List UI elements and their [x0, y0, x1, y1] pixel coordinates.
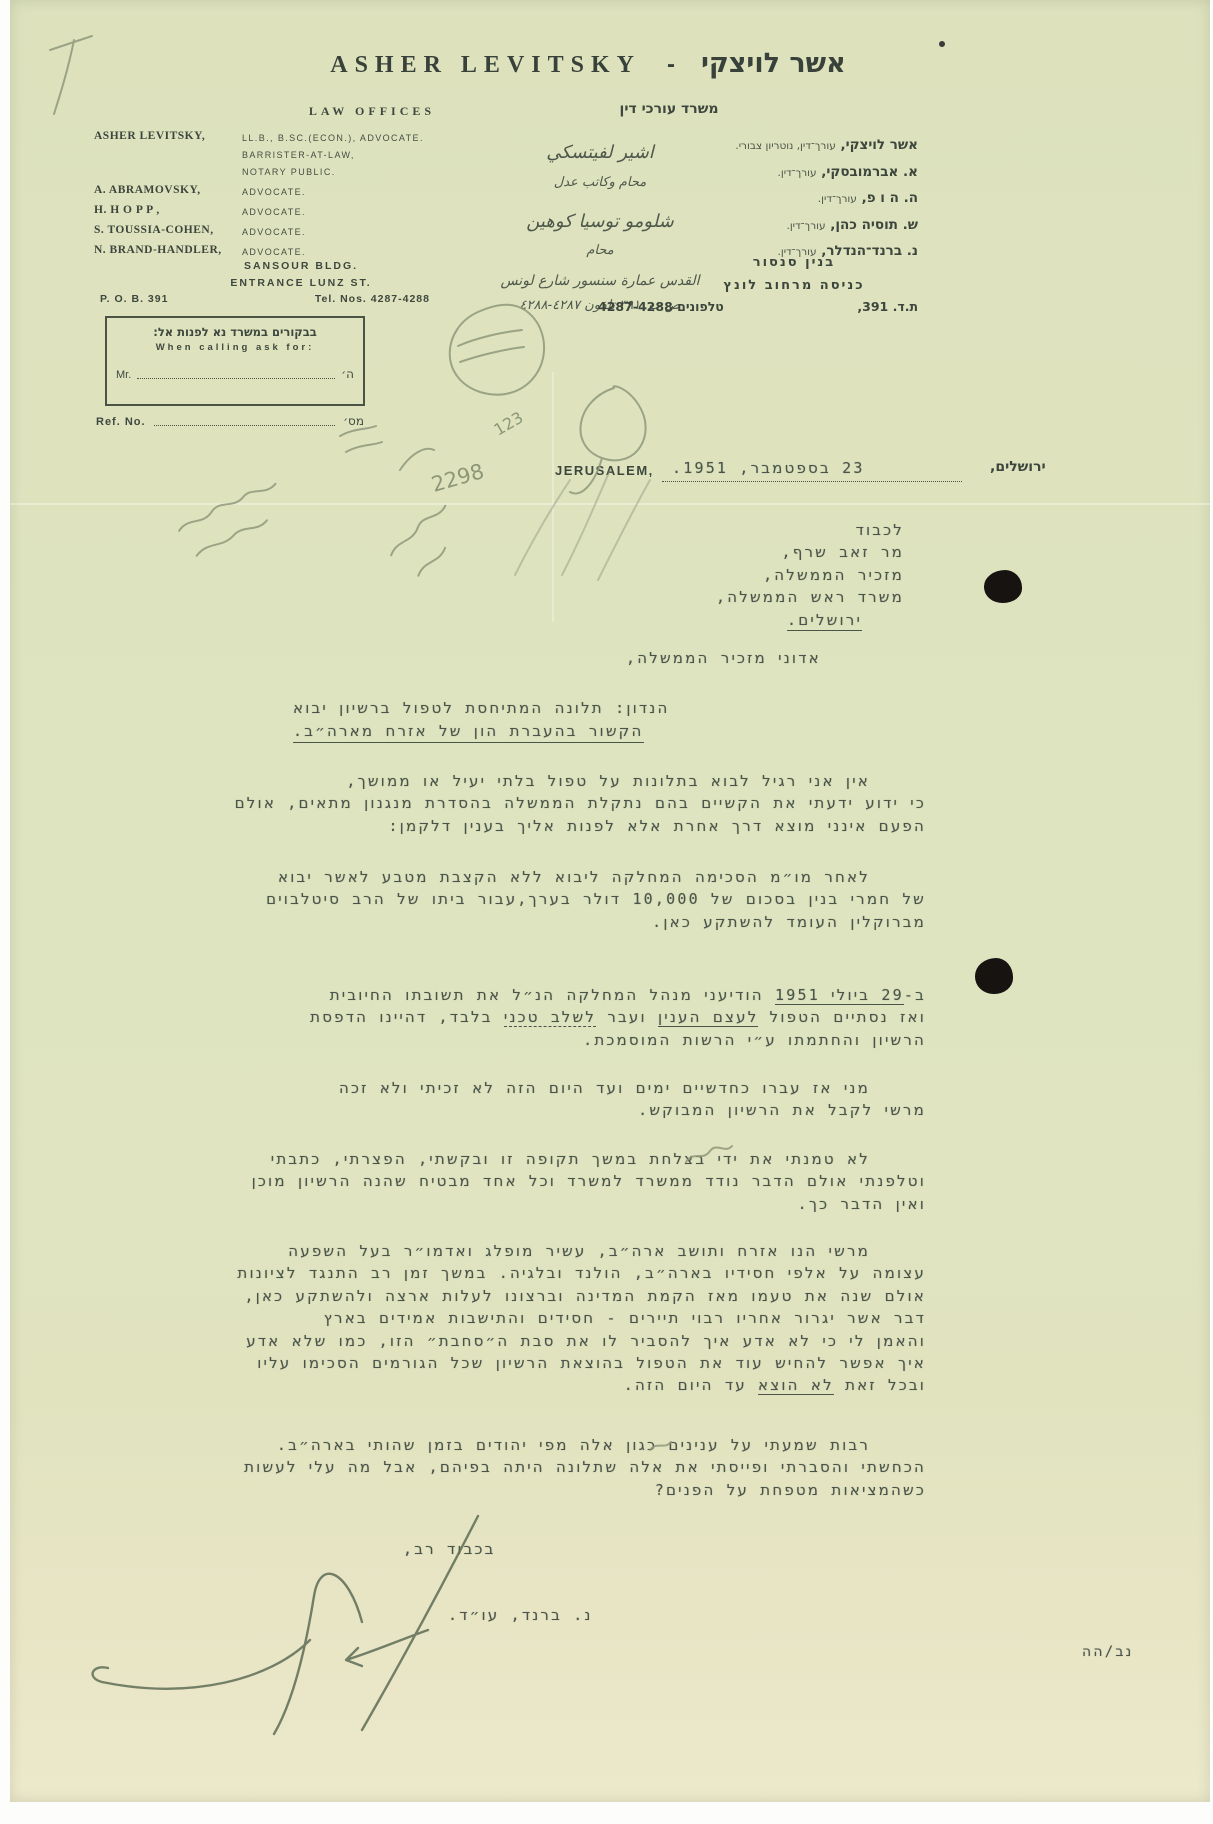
- typed-line: מני אז עברו כחדשיים ימים ועד היום הזה לא…: [102, 1077, 926, 1099]
- recipient-address-line: מר זאב שרף,: [716, 541, 904, 563]
- typed-line: ב-29 ביולי 1951 הודיעני מנהל המחלקה הנ״ל…: [102, 984, 926, 1006]
- typed-line: לאחר מו״מ הסכימה המחלקה ליבוא ללא הקצבת …: [102, 866, 926, 888]
- lawyer-entry-hebrew: ש. תוסיה כהן, עורך־דין.: [578, 212, 918, 239]
- typed-line: וטלפנתי אולם הדבר נודד ממשרד למשרד וכל א…: [102, 1170, 926, 1192]
- date-blank-line: [662, 481, 962, 482]
- subject-line-2: הקשור בהעברת הון של אזרח מארה״ב.: [293, 722, 644, 743]
- pencil-number: 2298: [429, 459, 487, 497]
- address-line: SANSOUR BLDG.: [206, 258, 396, 275]
- body-paragraph: מרשי הנו אזרח ותושב ארה״ב, עשיר מופלג וא…: [102, 1240, 926, 1397]
- lawyer-entry-english: H. H O P P ,ADVOCATE.: [94, 204, 434, 221]
- lawyer-entry-hebrew: ה. ה ו פ, עורך־דין.: [578, 185, 918, 212]
- typed-line: מרשי הנו אזרח ותושב ארה״ב, עשיר מופלג וא…: [102, 1240, 926, 1262]
- lawyer-name: ASHER LEVITSKY,: [94, 130, 242, 142]
- lawyer-title: ADVOCATE.: [242, 224, 306, 241]
- office-address-english: SANSOUR BLDG.ENTRANCE LUNZ ST.: [206, 258, 396, 292]
- letterhead-title: ASHER LEVITSKY - אשר לויצקי: [0, 48, 1188, 79]
- office-address-hebrew: בנין סנסורכניסה מרחוב לונץ: [694, 251, 894, 297]
- lawyer-role: עורך־דין.: [778, 167, 817, 179]
- typed-line: הפעם אינני מוצא דרך אחרת אלא לפנות אליך …: [102, 815, 926, 837]
- body-paragraph: לא טמנתי את ידי בצלחת במשך תקופה זו ובקש…: [102, 1148, 926, 1215]
- pob-hebrew: ת.ד. 391,: [857, 299, 918, 314]
- lawyer-role: עורך־דין.: [818, 193, 857, 205]
- recipient-address-block: לכבודמר זאב שרף,מזכיר הממשלה,משרד ראש המ…: [716, 519, 904, 631]
- lawyer-titles: LL.B., B.SC.(ECON.), ADVOCATE.BARRISTER-…: [242, 130, 424, 181]
- typist-initials: נב/הה: [1082, 1644, 1133, 1660]
- lawyer-titles: ADVOCATE.: [242, 184, 306, 201]
- subject-line-1: הנדון: תלונה המתיחסת לטפול ברשיון יבוא: [293, 699, 670, 717]
- lawyer-name: א. אברמובסקי,: [817, 164, 918, 180]
- typed-line: איך אפשר להחיש עוד את הטפול בהוצאת הרשיו…: [102, 1352, 926, 1374]
- pencil-number: 123: [491, 408, 527, 440]
- lawyer-title: NOTARY PUBLIC.: [242, 164, 424, 181]
- law-offices-label-hebrew: משרד עורכי דין: [604, 101, 734, 117]
- firm-name-english: ASHER LEVITSKY: [330, 52, 641, 79]
- typed-line: מרשי לקבל את הרשיון המבוקש.: [102, 1099, 926, 1121]
- pob-english: P. O. B. 391: [100, 293, 168, 305]
- recipient-address-line: ירושלים.: [716, 609, 904, 631]
- typed-line: אולם שנה את טעמו מאז הקמת המדינה וברצונו…: [102, 1285, 926, 1307]
- body-paragraph: מני אז עברו כחדשיים ימים ועד היום הזה לא…: [102, 1077, 926, 1122]
- lawyer-role: עורך־דין.: [786, 220, 825, 232]
- lawyer-entry-english: A. ABRAMOVSKY,ADVOCATE.: [94, 184, 434, 201]
- name-blank-line: [137, 378, 335, 379]
- signatory-name: נ. ברנד, עו״ד.: [448, 1606, 593, 1624]
- when-calling-hebrew: בבקורים במשרד נא לפנות אל:: [116, 325, 354, 339]
- lawyer-entry-english: S. TOUSSIA-COHEN,ADVOCATE.: [94, 224, 434, 241]
- reference-number-line: Ref. No. מס׳: [96, 414, 364, 428]
- typed-line: דבר אשר יגרור אחריו רבוי תיירים - חסידים…: [102, 1307, 926, 1329]
- underlined-phrase: 29 ביולי 1951: [775, 986, 904, 1005]
- letter-paper: ASHER LEVITSKY - אשר לויצקי LAW OFFICES …: [10, 0, 1210, 1802]
- small-dot-mark: [939, 41, 945, 47]
- pencil-scribble: [515, 470, 650, 580]
- jerusalem-label-english: JERUSALEM,: [555, 463, 654, 478]
- typed-line: ואין הדבר כך.: [102, 1193, 926, 1215]
- underlined-phrase: לשלב טכני: [504, 1008, 596, 1027]
- pencil-scribble: [340, 426, 434, 470]
- ref-blank-line: [154, 425, 336, 426]
- typed-line: עצומה על אלפי חסידיו בארה״ב, הולנד ובלגי…: [102, 1262, 926, 1284]
- lawyers-list-english: ASHER LEVITSKY,LL.B., B.SC.(ECON.), ADVO…: [94, 130, 434, 264]
- ink-blot: [975, 958, 1013, 994]
- hebrew-mr-label: ה׳: [341, 367, 354, 381]
- lawyer-name: אשר לויצקי,: [836, 137, 918, 153]
- lawyer-title: ADVOCATE.: [242, 204, 306, 221]
- lawyer-titles: ADVOCATE.: [242, 224, 306, 241]
- pencil-scribble: [174, 484, 287, 558]
- lawyer-entry-hebrew: א. אברמובסקי, עורך־דין.: [578, 159, 918, 186]
- typed-line: מברוקלין העומד להשתקע כאן.: [102, 911, 926, 933]
- typed-line: אין אני רגיל לבוא בתלונות על טפול בלתי י…: [102, 770, 926, 792]
- typed-line: והאמן לי כי לא אדע איך להסביר לו את סבת …: [102, 1330, 926, 1352]
- body-paragraph: רבות שמעתי על ענינים כגון אלה מפי יהודים…: [102, 1434, 926, 1501]
- address-line: כניסה מרחוב לונץ: [694, 274, 894, 297]
- underlined-city: ירושלים.: [787, 612, 862, 631]
- lawyer-name: A. ABRAMOVSKY,: [94, 184, 242, 196]
- law-offices-label: LAW OFFICES: [302, 104, 442, 119]
- lawyer-title: ADVOCATE.: [242, 184, 306, 201]
- when-calling-name-row: Mr. ה׳: [116, 367, 354, 381]
- fold-crease: [552, 372, 554, 622]
- lawyer-titles: ADVOCATE.: [242, 204, 306, 221]
- ref-no-label-hebrew: מס׳: [343, 414, 364, 428]
- salutation: אדוני מזכיר הממשלה,: [626, 649, 821, 667]
- body-paragraph: לאחר מו״מ הסכימה המחלקה ליבוא ללא הקצבת …: [102, 866, 926, 933]
- when-calling-english: When calling ask for:: [116, 342, 354, 353]
- lawyer-entry-hebrew: אשר לויצקי, עורך־דין, נוטריון צבורי.: [578, 132, 918, 159]
- typed-line: ובכל זאת לא הוצא עד היום הזה.: [102, 1374, 926, 1396]
- title-dash: -: [667, 51, 675, 79]
- fold-crease: [10, 503, 1210, 505]
- tel-hebrew: טלפונים 4287-4288: [598, 299, 724, 314]
- recipient-address-line: משרד ראש הממשלה,: [716, 586, 904, 608]
- firm-name-hebrew: אשר לויצקי: [701, 48, 846, 79]
- lawyer-role: עורך־דין, נוטריון צבורי.: [735, 140, 835, 152]
- typed-line: רבות שמעתי על ענינים כגון אלה מפי יהודים…: [102, 1434, 926, 1456]
- recipient-address-line: מזכיר הממשלה,: [716, 564, 904, 586]
- pob-tel-english: P. O. B. 391 Tel. Nos. 4287-4288: [100, 293, 430, 305]
- mr-label: Mr.: [116, 369, 131, 381]
- typed-line: כשהמציאות מטפחת על הפנים?: [102, 1479, 926, 1501]
- ref-no-label: Ref. No.: [96, 416, 146, 428]
- scanned-letter-scan: ASHER LEVITSKY - אשר לויצקי LAW OFFICES …: [0, 0, 1213, 1824]
- when-calling-box: בבקורים במשרד נא לפנות אל: When calling …: [105, 316, 365, 406]
- lawyer-name: N. BRAND-HANDLER,: [94, 244, 242, 256]
- pob-tel-hebrew: ת.ד. 391, טלפונים 4287-4288: [598, 299, 918, 314]
- jerusalem-label-hebrew: ירושלים,: [990, 459, 1046, 475]
- lawyer-name: ש. תוסיה כהן,: [826, 217, 918, 233]
- lawyer-name: ה. ה ו פ,: [857, 190, 918, 206]
- body-paragraph: אין אני רגיל לבוא בתלונות על טפול בלתי י…: [102, 770, 926, 837]
- lawyer-name: H. H O P P ,: [94, 204, 242, 216]
- lawyer-title: BARRISTER-AT-LAW,: [242, 147, 424, 164]
- typed-line: של חמרי בנין בסכום של 10,000 דולר בערך,ע…: [102, 888, 926, 910]
- address-line: בנין סנסור: [694, 251, 894, 274]
- pencil-scribble: [450, 305, 544, 395]
- underlined-phrase: לעצם הענין: [658, 1008, 758, 1027]
- lawyer-entry-english: ASHER LEVITSKY,LL.B., B.SC.(ECON.), ADVO…: [94, 130, 434, 181]
- body-paragraph: ב-29 ביולי 1951 הודיעני מנהל המחלקה הנ״ל…: [102, 984, 926, 1051]
- address-line: ENTRANCE LUNZ ST.: [206, 275, 396, 292]
- typed-line: ואז נסתיים הטפול לעצם הענין ועבר לשלב טכ…: [102, 1006, 926, 1028]
- typed-line: הכחשתי והסברתי ופייסתי את אלה שתלונה הית…: [102, 1456, 926, 1478]
- closing-phrase: בכבוד רב,: [403, 1540, 496, 1558]
- underlined-phrase: לא הוצא: [758, 1376, 834, 1395]
- lawyer-name: S. TOUSSIA-COHEN,: [94, 224, 242, 236]
- typed-line: כי ידוע ידעתי את הקשיים בהם נתקלת הממשלה…: [102, 792, 926, 814]
- tel-english: Tel. Nos. 4287-4288: [315, 293, 430, 305]
- lawyer-title: LL.B., B.SC.(ECON.), ADVOCATE.: [242, 130, 424, 147]
- typed-date: 23 בספטמבר, 1951.: [672, 459, 865, 477]
- lawyers-list-hebrew: אשר לויצקי, עורך־דין, נוטריון צבורי.א. א…: [578, 132, 918, 265]
- recipient-address-line: לכבוד: [716, 519, 904, 541]
- typed-line: לא טמנתי את ידי בצלחת במשך תקופה זו ובקש…: [102, 1148, 926, 1170]
- ink-blot: [984, 570, 1022, 603]
- pencil-scribble: [382, 506, 467, 583]
- typed-line: הרשיון והחתמתו ע״י הרשות המוסמכת.: [102, 1029, 926, 1051]
